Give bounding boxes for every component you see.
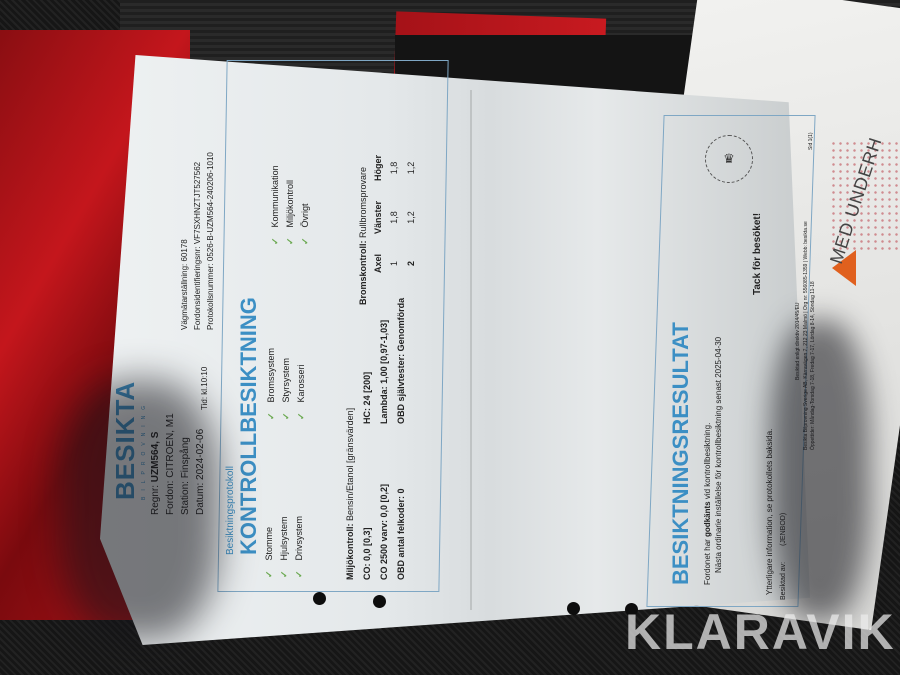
page-number: Sid 1(1) xyxy=(808,132,814,150)
odometer-row: Vägmätarställning: 60178 xyxy=(178,152,191,330)
phone-shadow xyxy=(770,320,870,620)
vehicle-ids: Vägmätarställning: 60178 Fordonsidentifi… xyxy=(178,152,217,330)
emissions-values: CO: 0,0 [0,3] CO 2500 varv: 0,0 [0,2] OB… xyxy=(359,298,410,580)
checkmark-icon: ✓ xyxy=(264,570,274,578)
brake-table: Axel Vänster Höger 1 1,8 1,8 2 1,2 1,2 xyxy=(371,145,420,283)
inspection-title-block: Besiktningsprotokoll KONTROLLBESIKTNING xyxy=(225,297,262,555)
emissions-section: Miljökontroll: Bensin/Etanol [gränsvärde… xyxy=(342,298,410,580)
brakes-section: Bromskontroll: Rullbromsprovare Axel Vän… xyxy=(356,145,420,305)
result-text: Fordonet har godkänts vid kontrollbesikt… xyxy=(702,337,724,585)
check-item: ✓Stomme xyxy=(262,516,277,578)
emissions-left-column: CO: 0,0 [0,3] CO 2500 varv: 0,0 [0,2] OB… xyxy=(359,484,410,580)
check-item: ✓Miljökontroll xyxy=(283,165,298,245)
check-item: ✓Kommunikation xyxy=(268,165,283,245)
checkmark-icon: ✓ xyxy=(300,237,310,245)
checkmark-icon: ✓ xyxy=(281,412,291,420)
result-title: BESIKTNINGSRESULTAT xyxy=(668,322,694,585)
checkmark-icon: ✓ xyxy=(279,570,289,578)
punch-hole xyxy=(313,592,326,605)
emissions-right-column: HC: 24 [200] Lambda: 1,00 [0,97-1,03] OB… xyxy=(359,298,410,424)
thanks-text: Tack för besöket! xyxy=(752,213,763,295)
checks-group-1: ✓Stomme ✓Hjulsystem ✓Drivsystem xyxy=(262,516,307,578)
check-item: ✓Karosseri xyxy=(294,348,309,420)
table-row: 1 1,8 1,8 xyxy=(386,145,403,283)
inspection-title: KONTROLLBESIKTNING xyxy=(236,297,262,555)
checkmark-icon: ✓ xyxy=(296,412,306,420)
punch-hole xyxy=(373,595,386,608)
result-approved-line: Fordonet har godkänts vid kontrollbesikt… xyxy=(702,337,713,585)
co2500-value: CO 2500 varv: 0,0 [0,2] xyxy=(376,484,393,580)
tid-row: Tid: kl.10:10 xyxy=(200,367,209,410)
watermark: KLARAVIK xyxy=(625,603,896,661)
table-row: 2 1,2 1,2 xyxy=(403,145,420,283)
checkmark-icon: ✓ xyxy=(270,237,280,245)
co-value: CO: 0,0 [0,3] xyxy=(359,484,376,580)
hc-value: HC: 24 [200] xyxy=(359,298,376,424)
hand-shadow xyxy=(60,380,220,640)
obd-self-test-value: OBD självtester: Genomförda xyxy=(393,298,410,424)
check-item: ✓Hjulsystem xyxy=(277,516,292,578)
punch-hole xyxy=(567,602,580,615)
inspection-subtitle: Besiktningsprotokoll xyxy=(225,297,236,555)
checks-group-2: ✓Bromssystem ✓Styrsystem ✓Karosseri xyxy=(264,348,309,420)
checks-group-3: ✓Kommunikation ✓Miljökontroll ✓Övrigt xyxy=(268,165,313,245)
swedac-seal-icon: ♛ xyxy=(705,135,753,183)
next-inspection-line: Nästa ordinarie inställelse för kontroll… xyxy=(713,337,724,573)
checkmark-icon: ✓ xyxy=(266,412,276,420)
check-item: ✓Styrsystem xyxy=(279,348,294,420)
check-item: ✓Bromssystem xyxy=(264,348,279,420)
paper-fold xyxy=(470,90,472,610)
brake-table-header: Axel Vänster Höger xyxy=(371,145,386,283)
checkmark-icon: ✓ xyxy=(285,237,295,245)
vin-row: Fordonsidentifieringsnr: VF7SXHNZTJT5275… xyxy=(191,152,204,330)
protocol-number-row: Protokollsnummer: 0526-B-UZM564-240206-1… xyxy=(204,152,217,330)
emissions-heading: Miljökontroll: Bensin/Etanol [gränsvärde… xyxy=(342,298,359,580)
check-item: ✓Övrigt xyxy=(298,165,313,245)
obd-faults-value: OBD antal felkoder: 0 xyxy=(393,484,410,580)
check-item: ✓Drivsystem xyxy=(292,516,307,578)
brakes-heading: Bromskontroll: Rullbromsprovare xyxy=(356,145,371,305)
lambda-value: Lambda: 1,00 [0,97-1,03] xyxy=(376,298,393,424)
checkmark-icon: ✓ xyxy=(294,570,304,578)
